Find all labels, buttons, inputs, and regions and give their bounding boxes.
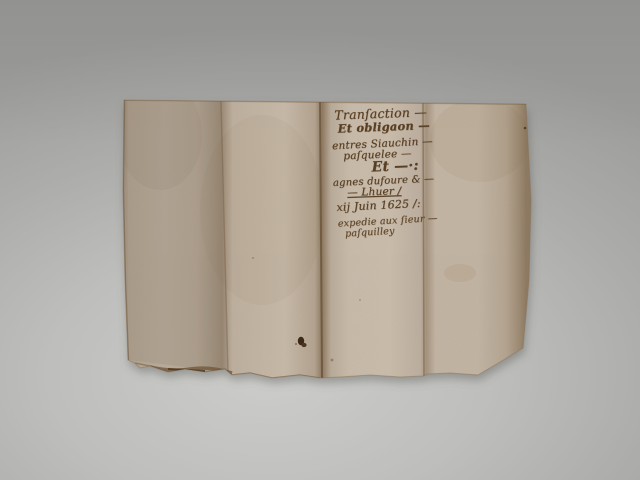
paper-speck bbox=[252, 257, 254, 259]
paper-speck bbox=[331, 359, 334, 362]
photo-background: { "palette": { "background_gray": "#b2b2… bbox=[0, 0, 640, 480]
paper-stain bbox=[118, 80, 202, 190]
manuscript-sheet-graphic bbox=[0, 0, 640, 480]
archival-photo: Tranſaction — Et obligaon — entres Siauc… bbox=[0, 0, 640, 480]
paper-speck bbox=[295, 343, 297, 345]
paper-stain bbox=[444, 264, 476, 282]
paper-speck bbox=[359, 299, 361, 301]
fold-crease-right bbox=[423, 103, 424, 376]
ink-blot bbox=[301, 343, 306, 347]
paper-stain bbox=[200, 115, 324, 305]
paper-speck bbox=[524, 127, 527, 130]
paper-stain bbox=[430, 98, 530, 182]
